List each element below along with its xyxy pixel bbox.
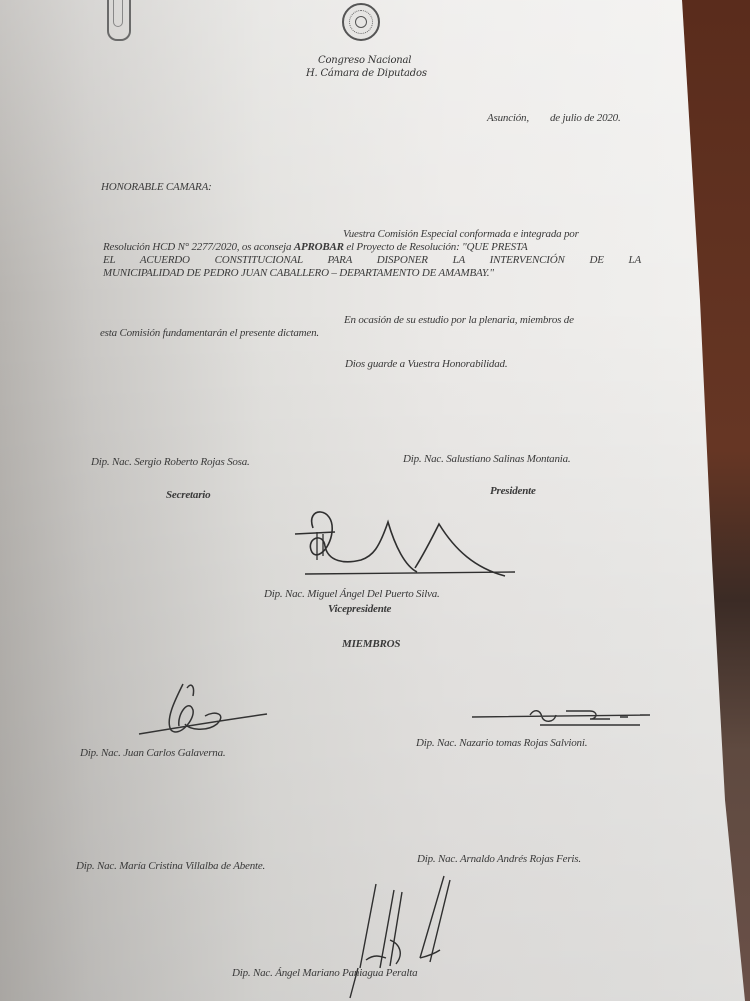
para2-line2: esta Comisión fundamentarán el presente … [100,327,319,339]
member-name-3: Dip. Nac. María Cristina Villalba de Abe… [76,860,265,872]
vicepresident-signature [295,510,525,590]
para1-line4: MUNICIPALIDAD DE PEDRO JUAN CABALLERO – … [103,267,494,279]
para1-line2-pre: Resolución HCD N° 2277/2020, os aconseja [103,241,294,253]
aprobar-bold: APROBAR [294,241,344,253]
member-name-5: Dip. Nac. Ángel Mariano Paniagua Peralta [232,967,417,979]
secretary-name: Dip. Nac. Sergio Roberto Rojas Sosa. [91,456,250,468]
signature-scribble-icon [295,510,525,585]
members-heading: MIEMBROS [342,638,400,650]
date-city: Asunción, [487,112,529,124]
document-page [0,0,750,1001]
paperclip-icon [107,0,131,41]
salutation: HONORABLE CAMARA: [101,181,212,193]
closing-line: Dios guarde a Vuestra Honorabilidad. [345,358,507,370]
paperclip-inner [113,0,123,27]
para1-line3: EL ACUERDO CONSTITUCIONAL PARA DISPONER … [103,254,641,266]
letterhead-line2: H. Cámara de Diputados [306,68,427,79]
member-name-4: Dip. Nac. Arnaldo Andrés Rojas Feris. [417,853,581,865]
letterhead-line1: Congreso Nacional [318,55,411,66]
paniagua-signature [350,870,460,1001]
date-text: de julio de 2020. [550,112,621,124]
signature-scribble-icon [470,705,660,735]
president-name: Dip. Nac. Salustiano Salinas Montania. [403,453,571,465]
signature-scribble-icon [135,680,275,740]
seal-center [355,16,367,28]
congress-seal-icon [342,3,380,41]
secretary-role: Secretario [166,489,210,501]
member-name-2: Dip. Nac. Nazario tomas Rojas Salvioni. [416,737,587,749]
galaverna-signature [135,680,275,745]
para2-indent-line: En ocasión de su estudio por la plenaria… [344,314,574,326]
rojas-salvioni-signature [470,705,660,740]
vicepresident-role: Vicepresidente [328,603,391,615]
member-name-1: Dip. Nac. Juan Carlos Galaverna. [80,747,225,759]
para1-indent-line: Vuestra Comisión Especial conformada e i… [343,228,579,240]
signature-scribble-icon [350,870,460,1000]
vicepresident-name: Dip. Nac. Miguel Ángel Del Puerto Silva. [264,588,440,600]
para1-line2: Resolución HCD N° 2277/2020, os aconseja… [103,241,643,253]
para1-line2-post: el Proyecto de Resolución: "QUE PRESTA [344,241,528,253]
president-role: Presidente [490,485,536,497]
